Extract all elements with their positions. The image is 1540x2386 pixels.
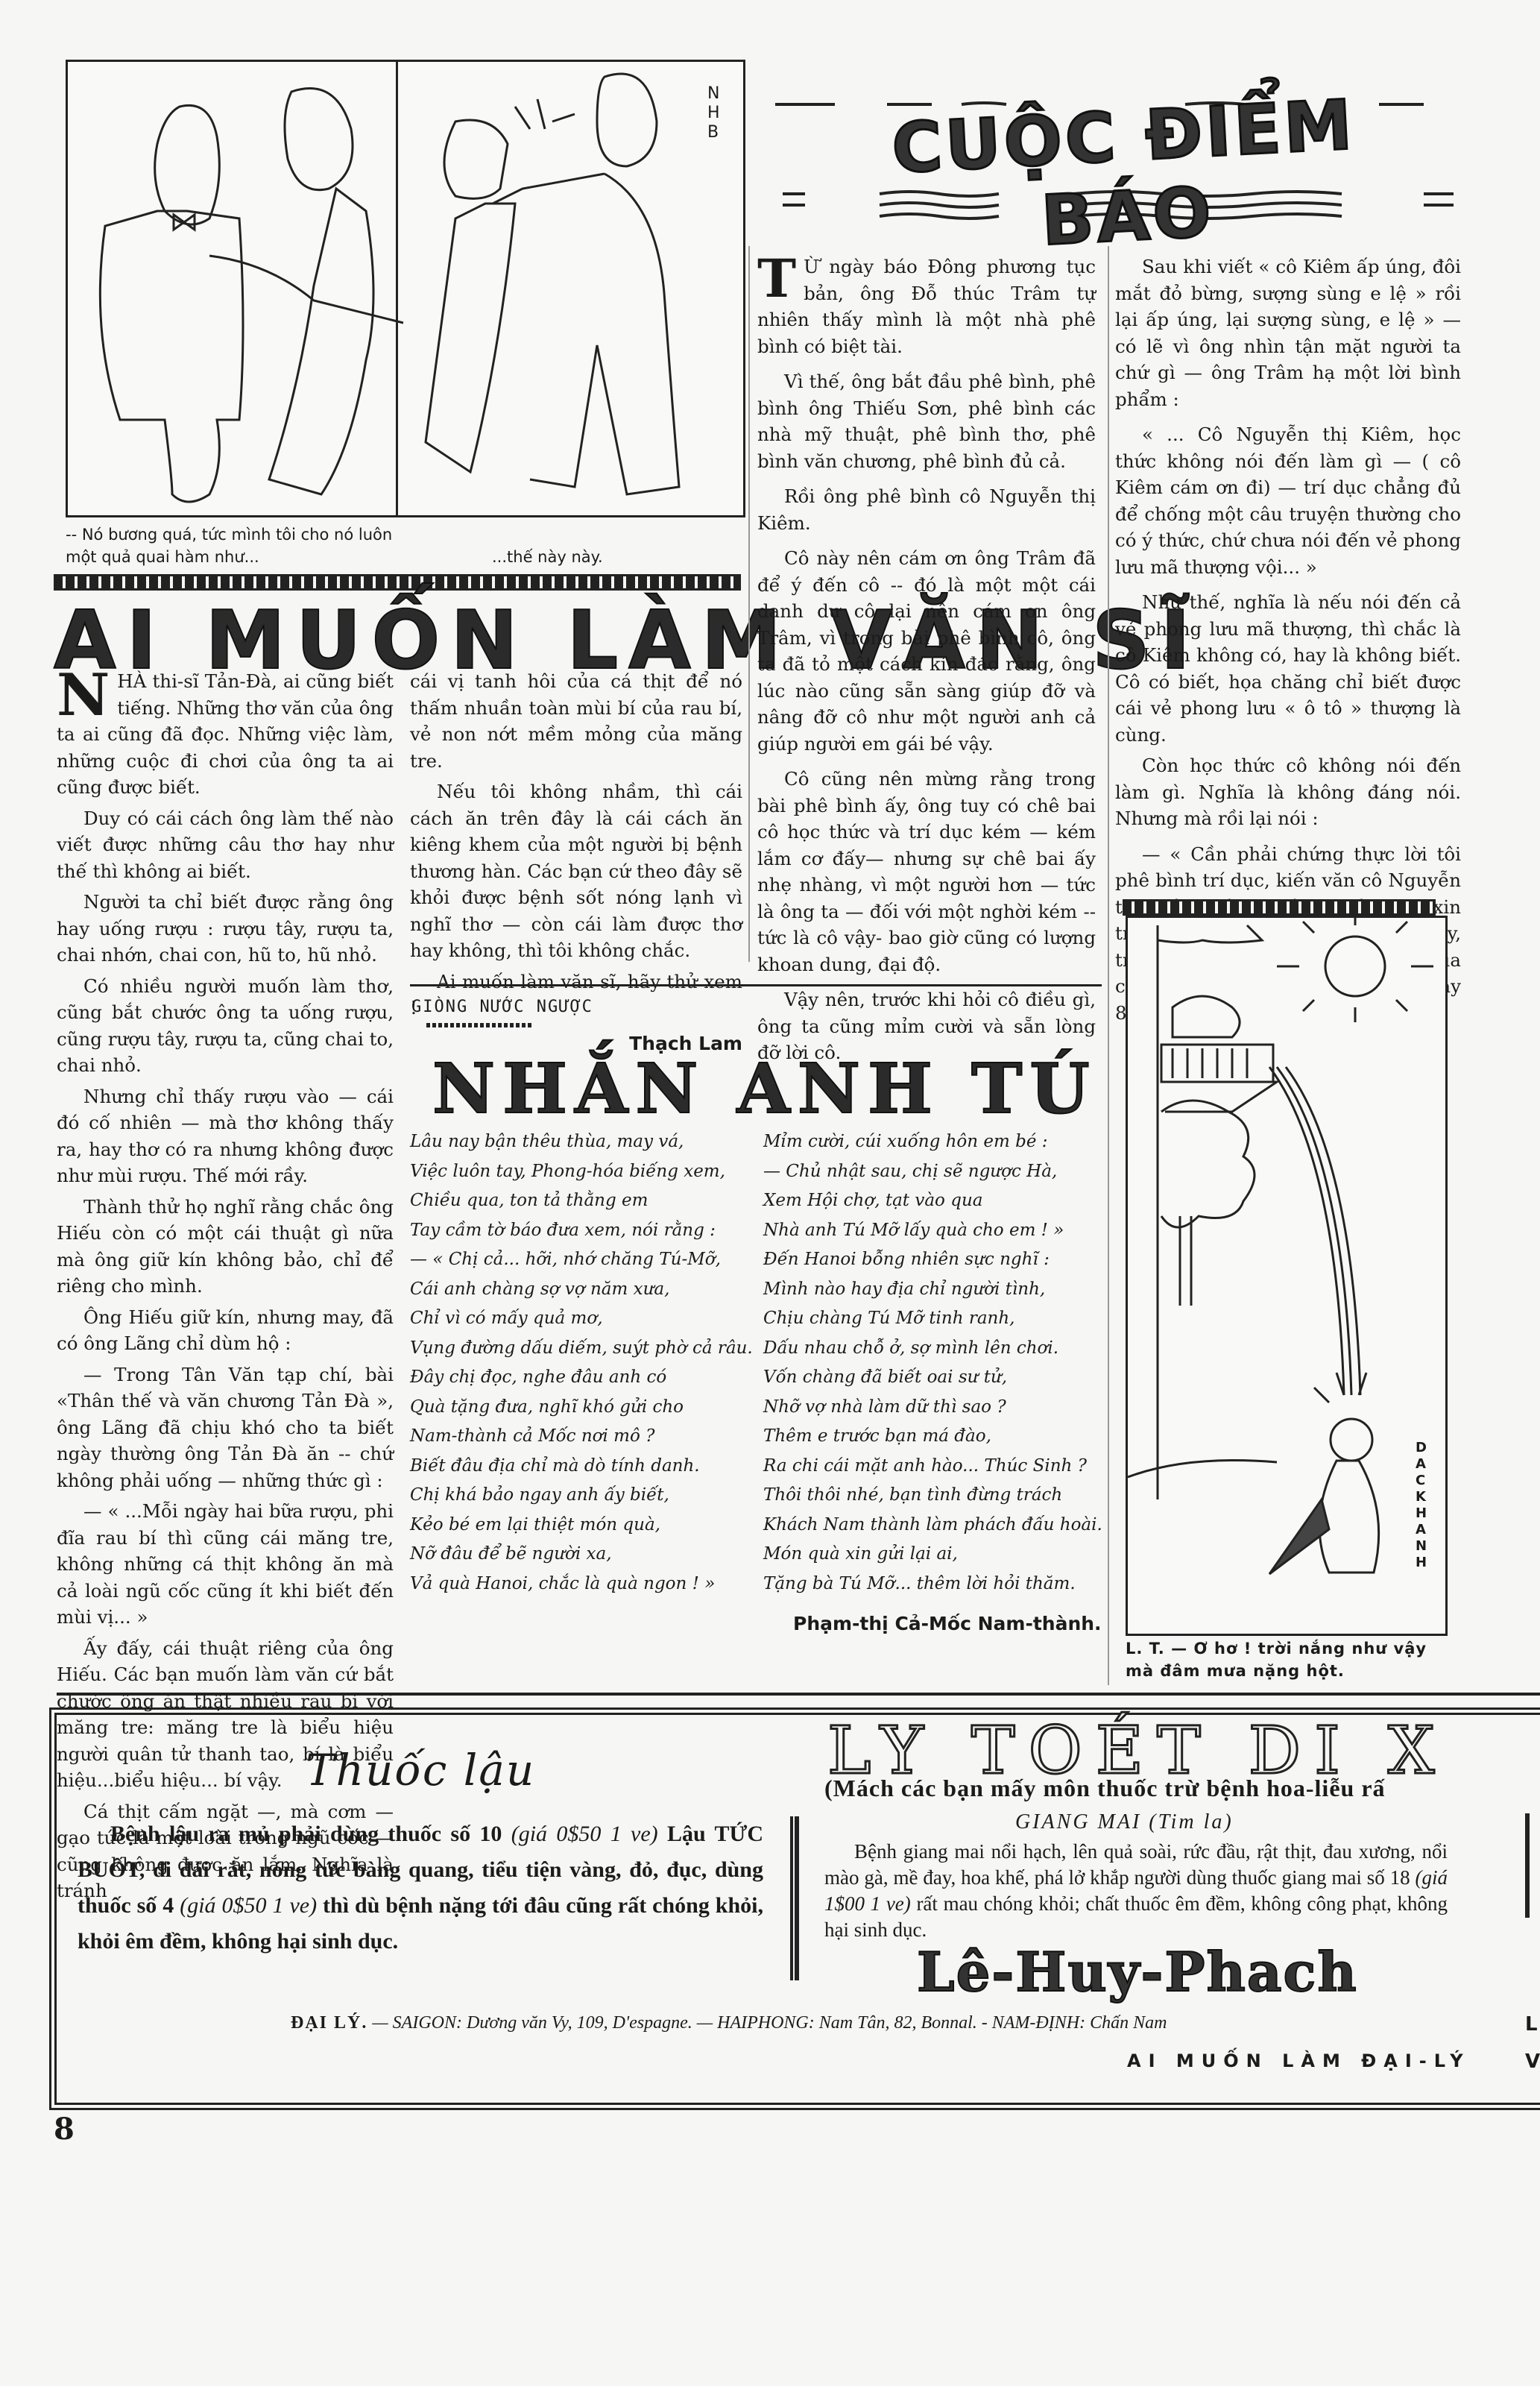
cartoon-signature: DACKHANH [1416,1440,1429,1571]
ad-price: (giá 0$50 1 ve) [180,1893,317,1918]
poem-divider [410,984,1102,986]
paragraph: — « ...Mỗi ngày hai bữa rượu, phi đĩa ra… [57,1498,394,1631]
section-divider [1123,899,1436,916]
poem-line: Việc luôn tay, Phong-hóa biếng xem, [410,1157,760,1187]
poem-line: Cái anh chàng sợ vợ năm xưa, [410,1275,760,1305]
poem-line: Tay cầm tờ báo đưa xem, nói rằng : [410,1216,760,1246]
poem-line: Biết đâu địa chỉ mà dò tính danh. [410,1452,760,1482]
poem-line: Món quà xin gửi lại ai, [763,1540,1106,1570]
poem-line: Tặng bà Tú Mỡ... thêm lời hỏi thăm. [763,1570,1106,1599]
poem-line: Ra chi cái mặt anh hào... Thúc Sinh ? [763,1452,1106,1482]
paragraph: Vì thế, ông bắt đầu phê bình, phê bình ô… [757,368,1096,474]
review-banner: CUỘC ĐIỂM BÁO [768,67,1483,231]
ad-text-part: Bệnh lậu ra mủ phải dùng thuốc số 10 [110,1822,511,1846]
paragraph: Có nhiều người muốn làm thơ, cũng bắt ch… [57,973,394,1079]
column-divider [1108,246,1109,1685]
paragraph: Ông Hiếu giữ kín, nhưng may, đã có ông L… [57,1304,394,1357]
paragraph: — Trong Tân Văn tạp chí, bài «Thân thế v… [57,1362,394,1494]
paragraph: cái vị tanh hôi của cá thịt để nó thấm n… [410,668,742,774]
paragraph: Còn học thức cô không nói đến làm gì. Ng… [1115,752,1461,832]
dropcap: N [57,673,110,719]
paragraph: Ừ ngày báo Đông phương tục bản, ông Đỗ t… [757,256,1096,357]
poem-line: Vụng đường dấu diếm, suýt phờ cả râu. [410,1334,760,1364]
poem-line: Chỉ vì có mấy quả mơ, [410,1304,760,1334]
dropcap: T [757,258,796,300]
ad-right-brand: Lê-Huy-Phach [917,1940,1358,2003]
poem-line: Chịu chàng Tú Mỡ tinh ranh, [763,1304,1106,1334]
paragraph: Người ta chỉ biết được rằng ông hay uống… [57,889,394,969]
poem-line: Quà tặng đưa, nghĩ khó gửi cho [410,1393,760,1423]
poem-line: Nhà anh Tú Mỡ lấy quà cho em ! » [763,1216,1106,1246]
paragraph: Duy có cái cách ông làm thế nào viết đượ… [57,805,394,885]
review-banner-title: CUỘC ĐIỂM BÁO [794,80,1457,274]
ad-agents-list: — SAIGON: Dương văn Vy, 109, D'espagne. … [372,2013,1167,2033]
poem-author: Phạm-thị Cả-Mốc Nam-thành. [763,1609,1106,1639]
ad-right-subtitle: (Mách các bạn mấy môn thuốc trừ bệnh hoa… [824,1775,1386,1802]
ad-left-title: Thuốc lậu [306,1745,535,1795]
ad-right-body: Bệnh giang mai nổi hạch, lên quả soài, r… [824,1839,1448,1943]
poem-line: Khách Nam thành làm phách đấu hoài. [763,1511,1106,1540]
paragraph: Như thế, nghĩa là nếu nói đến cả vẻ phon… [1115,589,1461,748]
poem-line: Vả quà Hanoi, chắc là quà ngon ! » [410,1570,760,1599]
ad-text-part: rất mau chóng khỏi; chất thuốc êm đềm, k… [824,1892,1448,1941]
poem-line: Mỉm cười, cúi xuống hôn em bé : [763,1127,1106,1157]
poem-line: — « Chị cả... hỡi, nhớ chăng Tú-Mỡ, [410,1245,760,1275]
poem-line: Xem Hội chợ, tạt vào qua [763,1186,1106,1216]
ad-divider [793,1816,799,1980]
poem-line: Thêm e trước bạn má đào, [763,1422,1106,1452]
poem-line: Nỡ đâu để bẽ người xa, [410,1540,760,1570]
ad-top-rule [57,1693,1540,1696]
poem-kicker: GIÒNG NƯỚC NGƯỢC [411,998,593,1016]
ad-divider [1525,1813,1530,1918]
ad-agents-label: ĐẠI LÝ. [291,2013,367,2033]
poem-line: Đến Hanoi bỗng nhiên sực nghĩ : [763,1245,1106,1275]
poem-line: Nhỡ vợ nhà làm dữ thì sao ? [763,1393,1106,1423]
cartoon-signature: N H B [707,84,722,142]
column-divider [748,246,750,962]
ad-left-body: Bệnh lậu ra mủ phải dùng thuốc số 10 (gi… [78,1816,763,1960]
cartoon-right-caption: L. T. — Ơ hơ ! trời nắng như vậy mà đâm … [1126,1637,1439,1682]
cartoon-top: N H B [66,60,745,517]
paragraph: Thành thử họ nghĩ rằng chắc ông Hiếu còn… [57,1194,394,1300]
cartoon-caption-left: -- Nó bương quá, tức mình tôi cho nó luô… [66,523,394,568]
paragraph: Nhưng chỉ thấy rượu vào — cái đó cố nhiê… [57,1083,394,1189]
paragraph: Sau khi viết « cô Kiêm ấp úng, đôi mắt đ… [1115,254,1461,412]
paragraph: Cô cũng nên mừng rằng trong bài phê bình… [757,766,1096,978]
section-divider [54,574,741,591]
poem-line: Dấu nhau chỗ ở, sợ mình lên chơi. [763,1334,1106,1364]
ad-text-part: Bệnh giang mai nổi hạch, lên quả soài, r… [824,1840,1448,1889]
poem-line: Chị khá bảo ngay anh ấy biết, [410,1481,760,1511]
page-number: 8 [54,2112,75,2147]
poem-line: Nam-thành cả Mốc nơi mô ? [410,1422,760,1452]
poem-title: NHẮN ANH TÚ MỠ [432,1051,1088,1126]
poem-line: Mình nào hay địa chỉ người tình, [763,1275,1106,1305]
poem-line: Lâu nay bận thêu thùa, may vá, [410,1127,760,1157]
poem-line: Kẻo bé em lại thiệt món quà, [410,1511,760,1540]
paragraph: « ... Cô Nguyễn thị Kiêm, học thức không… [1115,421,1461,580]
cartoon-figures-icon [68,62,743,515]
poem-line: Vốn chàng đã biết oai sư tử, [763,1363,1106,1393]
poem-col1: Lâu nay bận thêu thùa, may vá, Việc luôn… [410,1127,760,1599]
poem-kicker-underline [426,1023,532,1027]
poem-line: Thôi thôi nhé, bạn tình đừng trách [763,1481,1106,1511]
cartoon-scene-icon [1128,918,1445,1634]
ad-right-section: GIANG MAI (Tim la) [1015,1810,1234,1834]
cartoon-right: DACKHANH [1126,916,1448,1636]
poem-col2: Mỉm cười, cúi xuống hôn em bé : — Chủ nh… [763,1127,1106,1639]
paragraph: Rồi ông phê bình cô Nguyễn thị Kiêm. [757,483,1096,536]
ad-edge-letter: L [1525,2013,1538,2036]
paragraph: Cô này nên cám ơn ông Trâm đã để ý đến c… [757,545,1096,757]
ad-price: (giá 0$50 1 ve) [511,1822,658,1846]
paragraph: Nếu tôi không nhầm, thì cái cách ăn trên… [410,778,742,964]
ad-edge-letter: V [1525,2050,1540,2073]
cartoon-caption-right: ...thế này này. [492,546,716,568]
poem-line: Đây chị đọc, nghe đâu anh có [410,1363,760,1393]
article-review-col1: TỪ ngày báo Đông phương tục bản, ông Đỗ … [757,254,1096,1071]
ad-cta: AI MUỐN LÀM ĐẠI-LÝ [1127,2050,1471,2071]
poem-line: — Chủ nhật sau, chị sẽ ngược Hà, [763,1157,1106,1187]
ad-agents: ĐẠI LÝ. — SAIGON: Dương văn Vy, 109, D'e… [291,2013,1167,2033]
poem-line: Chiều qua, ton tả thằng em [410,1186,760,1216]
